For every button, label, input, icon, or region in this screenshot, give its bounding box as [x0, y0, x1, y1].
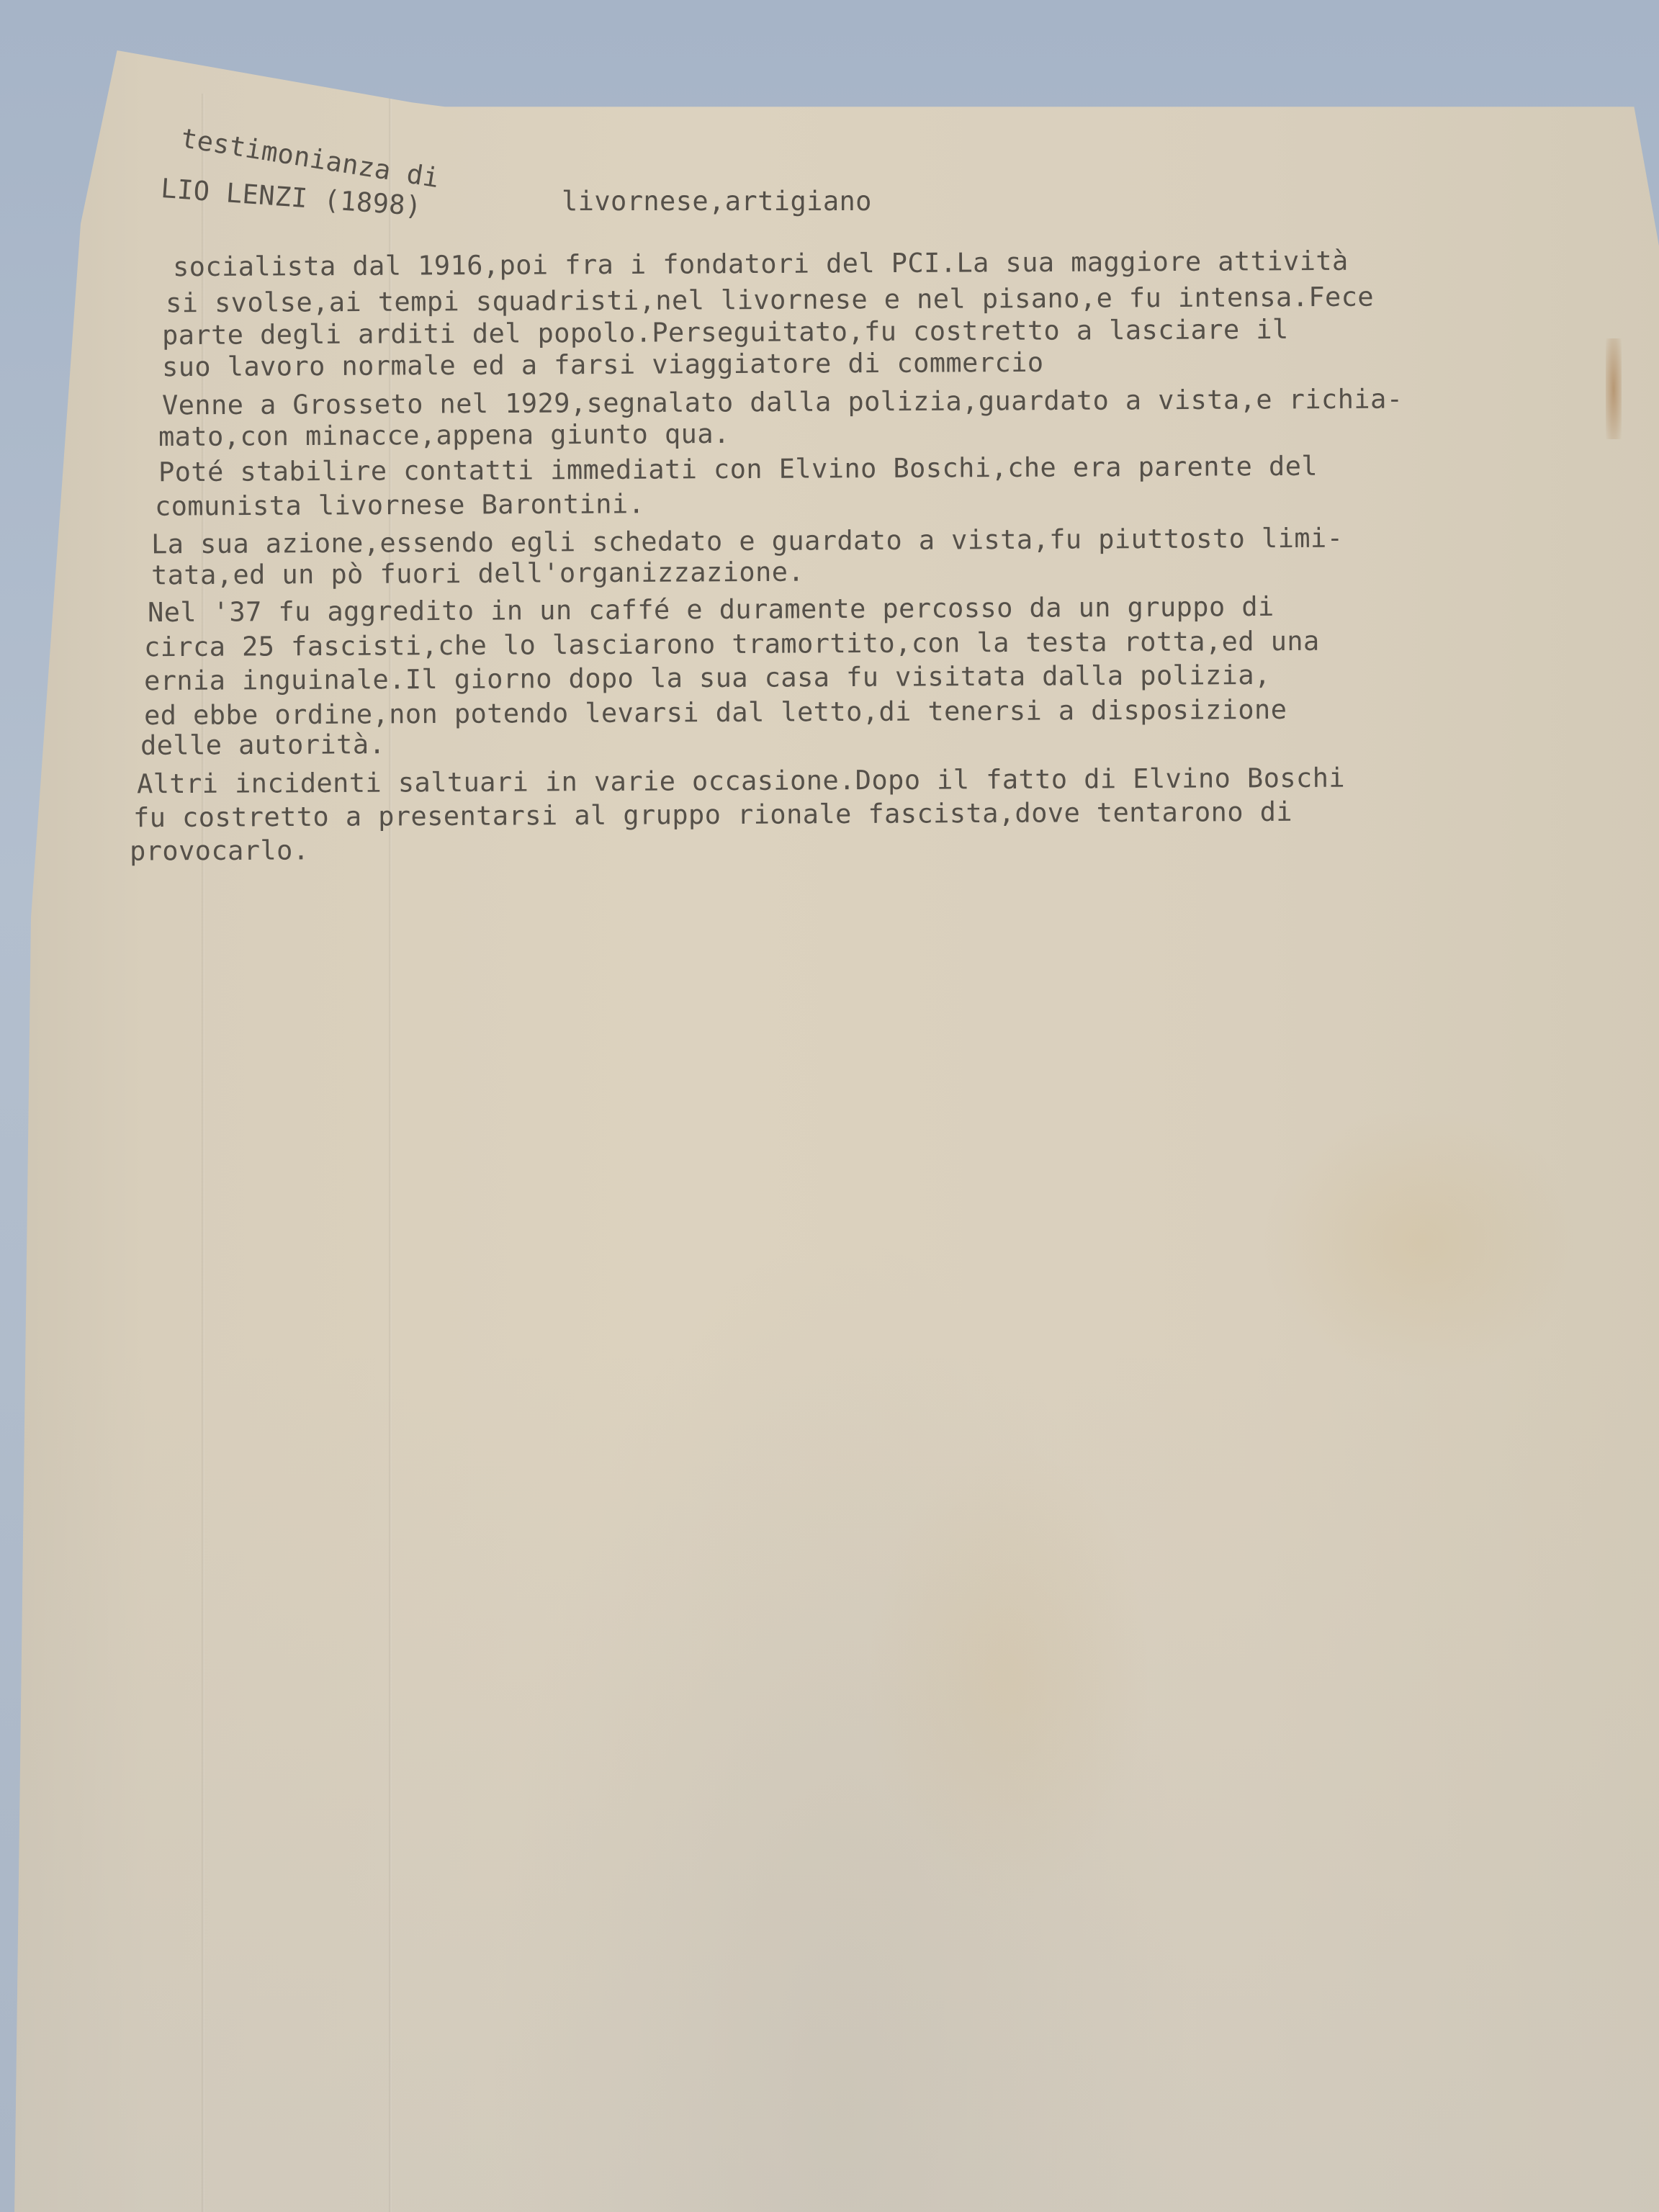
text-line: Altri incidenti saltuari in varie occasi… — [137, 763, 1345, 801]
text-line: mato,con minacce,appena giunto qua. — [158, 418, 730, 453]
text-line: fu costretto a presentarsi al gruppo rio… — [133, 796, 1292, 834]
text-line: comunista livornese Barontini. — [155, 488, 645, 523]
text-line: socialista dal 1916,poi fra i fondatori … — [173, 246, 1349, 284]
text-line: provocarlo. — [130, 835, 310, 867]
text-line: Poté stabilire contatti immediati con El… — [158, 451, 1318, 488]
text-line: Nel '37 fu aggredito in un caffé e duram… — [148, 591, 1274, 629]
text-line: ernia inguinale.Il giorno dopo la sua ca… — [144, 660, 1271, 697]
text-line: delle autorità. — [140, 729, 385, 762]
text-line: parte degli arditi del popolo.Perseguita… — [162, 314, 1289, 351]
paper-stain — [1606, 338, 1622, 439]
text-line: circa 25 fascisti,che lo lasciarono tram… — [144, 626, 1320, 664]
text-line: Venne a Grosseto nel 1929,segnalato dall… — [162, 383, 1403, 421]
text-line: ed ebbe ordine,non potendo levarsi dal l… — [144, 694, 1287, 732]
text-line: tata,ed un pò fuori dell'organizzazione. — [151, 557, 804, 592]
text-line: La sua azione,essendo egli schedato e gu… — [151, 523, 1344, 561]
text-line: si svolse,ai tempi squadristi,nel livorn… — [166, 282, 1374, 320]
text-line: suo lavoro normale ed a farsi viaggiator… — [162, 347, 1044, 383]
header-description: livornese,artigiano — [562, 186, 872, 217]
